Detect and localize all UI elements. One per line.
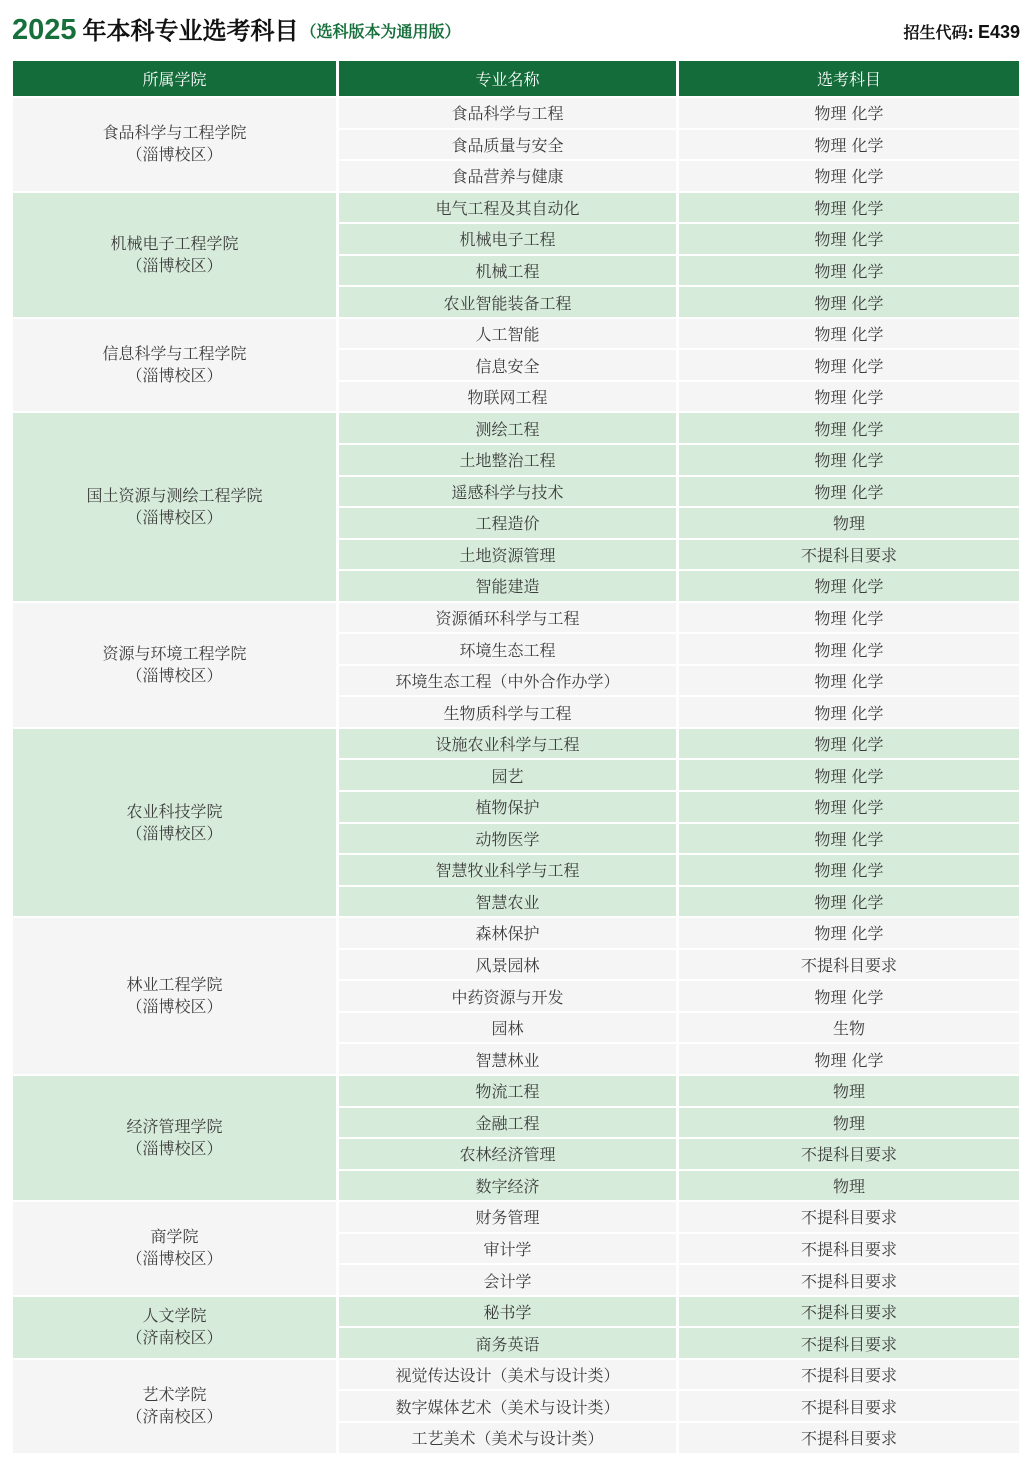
major-name-cell: 机械工程 — [339, 254, 679, 286]
college-name: 人文学院 — [13, 1305, 336, 1327]
college-name: 信息科学与工程学院 — [13, 343, 336, 365]
major-name-cell: 商务英语 — [339, 1326, 679, 1358]
major-name-cell: 资源循环科学与工程 — [339, 601, 679, 633]
college-cell: 国土资源与测绘工程学院（淄博校区） — [13, 411, 339, 600]
column-header-subjects: 选考科目 — [679, 61, 1019, 96]
subjects-cell: 物理 化学 — [679, 222, 1019, 254]
major-name-cell: 工程造价 — [339, 506, 679, 538]
college-name: 资源与环境工程学院 — [13, 643, 336, 665]
college-name: 艺术学院 — [13, 1384, 336, 1406]
college-campus: （淄博校区） — [13, 996, 336, 1018]
college-campus: （淄博校区） — [13, 1138, 336, 1160]
major-name-cell: 数字经济 — [339, 1169, 679, 1201]
table-row: 经济管理学院（淄博校区）物流工程物理 — [13, 1074, 1019, 1106]
major-name-cell: 秘书学 — [339, 1295, 679, 1327]
college-campus: （济南校区） — [13, 1406, 336, 1428]
college-cell: 信息科学与工程学院（淄博校区） — [13, 317, 339, 412]
major-name-cell: 物流工程 — [339, 1074, 679, 1106]
subjects-cell: 不提科目要求 — [679, 1263, 1019, 1295]
title-text: 年本科专业选考科目 — [83, 17, 299, 45]
table-row: 农业科技学院（淄博校区）设施农业科学与工程物理 化学 — [13, 727, 1019, 759]
subjects-cell: 物理 化学 — [679, 632, 1019, 664]
major-name-cell: 生物质科学与工程 — [339, 695, 679, 727]
subjects-cell: 物理 化学 — [679, 822, 1019, 854]
enrollment-code-label: 招生代码: — [904, 23, 974, 42]
college-name: 经济管理学院 — [13, 1116, 336, 1138]
college-cell: 经济管理学院（淄博校区） — [13, 1074, 339, 1200]
college-campus: （淄博校区） — [13, 823, 336, 845]
major-name-cell: 食品营养与健康 — [339, 159, 679, 191]
subjects-cell: 物理 化学 — [679, 411, 1019, 443]
subjects-cell: 不提科目要求 — [679, 1137, 1019, 1169]
major-name-cell: 森林保护 — [339, 916, 679, 948]
major-name-cell: 审计学 — [339, 1232, 679, 1264]
subjects-cell: 物理 化学 — [679, 853, 1019, 885]
major-name-cell: 智慧农业 — [339, 885, 679, 917]
table-row: 林业工程学院（淄博校区）森林保护物理 化学 — [13, 916, 1019, 948]
subjects-cell: 物理 化学 — [679, 664, 1019, 696]
major-name-cell: 土地资源管理 — [339, 538, 679, 570]
subjects-cell: 物理 化学 — [679, 916, 1019, 948]
column-header-college: 所属学院 — [13, 61, 339, 96]
subjects-cell: 不提科目要求 — [679, 1421, 1019, 1453]
table-body: 食品科学与工程学院（淄博校区）食品科学与工程物理 化学食品质量与安全物理 化学食… — [13, 96, 1019, 1453]
subjects-cell: 物理 化学 — [679, 159, 1019, 191]
college-campus: （淄博校区） — [13, 255, 336, 277]
college-cell: 资源与环境工程学院（淄博校区） — [13, 601, 339, 727]
subjects-cell: 物理 化学 — [679, 1042, 1019, 1074]
major-name-cell: 视觉传达设计（美术与设计类） — [339, 1358, 679, 1390]
subjects-cell: 不提科目要求 — [679, 1389, 1019, 1421]
subjects-cell: 物理 化学 — [679, 569, 1019, 601]
table-row: 食品科学与工程学院（淄博校区）食品科学与工程物理 化学 — [13, 96, 1019, 128]
subjects-cell: 不提科目要求 — [679, 1232, 1019, 1264]
enrollment-code-value: E439 — [978, 22, 1020, 42]
subjects-cell: 物理 — [679, 1074, 1019, 1106]
college-name: 机械电子工程学院 — [13, 233, 336, 255]
college-cell: 农业科技学院（淄博校区） — [13, 727, 339, 916]
major-name-cell: 工艺美术（美术与设计类） — [339, 1421, 679, 1453]
subjects-cell: 不提科目要求 — [679, 1326, 1019, 1358]
major-name-cell: 物联网工程 — [339, 380, 679, 412]
major-name-cell: 中药资源与开发 — [339, 979, 679, 1011]
college-campus: （淄博校区） — [13, 665, 336, 687]
college-cell: 林业工程学院（淄博校区） — [13, 916, 339, 1074]
subjects-cell: 物理 化学 — [679, 885, 1019, 917]
subjects-cell: 物理 化学 — [679, 695, 1019, 727]
college-name: 林业工程学院 — [13, 974, 336, 996]
subjects-cell: 物理 化学 — [679, 475, 1019, 507]
college-name: 商学院 — [13, 1226, 336, 1248]
major-name-cell: 信息安全 — [339, 348, 679, 380]
subjects-cell: 物理 化学 — [679, 727, 1019, 759]
subjects-cell: 物理 化学 — [679, 758, 1019, 790]
college-cell: 机械电子工程学院（淄博校区） — [13, 191, 339, 317]
college-name: 国土资源与测绘工程学院 — [13, 485, 336, 507]
major-name-cell: 环境生态工程 — [339, 632, 679, 664]
subjects-cell: 物理 化学 — [679, 979, 1019, 1011]
major-name-cell: 食品科学与工程 — [339, 96, 679, 128]
college-campus: （淄博校区） — [13, 1248, 336, 1270]
subjects-cell: 物理 化学 — [679, 348, 1019, 380]
major-name-cell: 土地整治工程 — [339, 443, 679, 475]
subjects-cell: 物理 — [679, 1169, 1019, 1201]
table-row: 人文学院（济南校区）秘书学不提科目要求 — [13, 1295, 1019, 1327]
subjects-cell: 物理 化学 — [679, 790, 1019, 822]
college-campus: （淄博校区） — [13, 507, 336, 529]
table-row: 资源与环境工程学院（淄博校区）资源循环科学与工程物理 化学 — [13, 601, 1019, 633]
page-title: 2025年本科专业选考科目（选科版本为通用版） — [12, 12, 461, 52]
title-subtitle: （选科版本为通用版） — [301, 22, 461, 41]
major-name-cell: 农业智能装备工程 — [339, 285, 679, 317]
major-name-cell: 财务管理 — [339, 1200, 679, 1232]
college-campus: （淄博校区） — [13, 144, 336, 166]
subjects-cell: 物理 — [679, 1106, 1019, 1138]
major-name-cell: 智能建造 — [339, 569, 679, 601]
major-name-cell: 智慧牧业科学与工程 — [339, 853, 679, 885]
major-name-cell: 智慧林业 — [339, 1042, 679, 1074]
college-cell: 食品科学与工程学院（淄博校区） — [13, 96, 339, 191]
subjects-cell: 物理 化学 — [679, 254, 1019, 286]
major-name-cell: 人工智能 — [339, 317, 679, 349]
major-name-cell: 园艺 — [339, 758, 679, 790]
subjects-cell: 物理 化学 — [679, 317, 1019, 349]
enrollment-code: 招生代码:E439 — [904, 20, 1020, 43]
majors-table: 所属学院 专业名称 选考科目 食品科学与工程学院（淄博校区）食品科学与工程物理 … — [13, 61, 1019, 1453]
major-name-cell: 测绘工程 — [339, 411, 679, 443]
college-name: 农业科技学院 — [13, 801, 336, 823]
college-name: 食品科学与工程学院 — [13, 122, 336, 144]
major-name-cell: 会计学 — [339, 1263, 679, 1295]
subjects-cell: 不提科目要求 — [679, 1200, 1019, 1232]
subjects-cell: 不提科目要求 — [679, 1358, 1019, 1390]
subjects-cell: 物理 化学 — [679, 128, 1019, 160]
table-header-row: 所属学院 专业名称 选考科目 — [13, 61, 1019, 96]
major-name-cell: 动物医学 — [339, 822, 679, 854]
table-row: 商学院（淄博校区）财务管理不提科目要求 — [13, 1200, 1019, 1232]
college-cell: 商学院（淄博校区） — [13, 1200, 339, 1295]
table-row: 信息科学与工程学院（淄博校区）人工智能物理 化学 — [13, 317, 1019, 349]
major-name-cell: 设施农业科学与工程 — [339, 727, 679, 759]
major-name-cell: 食品质量与安全 — [339, 128, 679, 160]
major-name-cell: 风景园林 — [339, 948, 679, 980]
subjects-cell: 物理 化学 — [679, 601, 1019, 633]
subjects-cell: 物理 化学 — [679, 285, 1019, 317]
college-campus: （淄博校区） — [13, 365, 336, 387]
college-cell: 人文学院（济南校区） — [13, 1295, 339, 1358]
table-row: 国土资源与测绘工程学院（淄博校区）测绘工程物理 化学 — [13, 411, 1019, 443]
subjects-cell: 物理 — [679, 506, 1019, 538]
table-row: 机械电子工程学院（淄博校区）电气工程及其自动化物理 化学 — [13, 191, 1019, 223]
major-name-cell: 植物保护 — [339, 790, 679, 822]
column-header-major: 专业名称 — [339, 61, 679, 96]
subjects-cell: 生物 — [679, 1011, 1019, 1043]
subjects-cell: 不提科目要求 — [679, 1295, 1019, 1327]
subjects-cell: 物理 化学 — [679, 443, 1019, 475]
college-cell: 艺术学院（济南校区） — [13, 1358, 339, 1453]
table-row: 艺术学院（济南校区）视觉传达设计（美术与设计类）不提科目要求 — [13, 1358, 1019, 1390]
subjects-cell: 不提科目要求 — [679, 538, 1019, 570]
major-name-cell: 数字媒体艺术（美术与设计类） — [339, 1389, 679, 1421]
college-campus: （济南校区） — [13, 1327, 336, 1349]
major-name-cell: 遥感科学与技术 — [339, 475, 679, 507]
subjects-cell: 物理 化学 — [679, 191, 1019, 223]
major-name-cell: 机械电子工程 — [339, 222, 679, 254]
document-header: 2025年本科专业选考科目（选科版本为通用版） 招生代码:E439 — [12, 12, 1020, 52]
subjects-cell: 不提科目要求 — [679, 948, 1019, 980]
major-name-cell: 电气工程及其自动化 — [339, 191, 679, 223]
major-name-cell: 农林经济管理 — [339, 1137, 679, 1169]
subjects-cell: 物理 化学 — [679, 380, 1019, 412]
title-year: 2025 — [12, 14, 77, 46]
major-name-cell: 环境生态工程（中外合作办学） — [339, 664, 679, 696]
major-name-cell: 金融工程 — [339, 1106, 679, 1138]
major-name-cell: 园林 — [339, 1011, 679, 1043]
subjects-cell: 物理 化学 — [679, 96, 1019, 128]
